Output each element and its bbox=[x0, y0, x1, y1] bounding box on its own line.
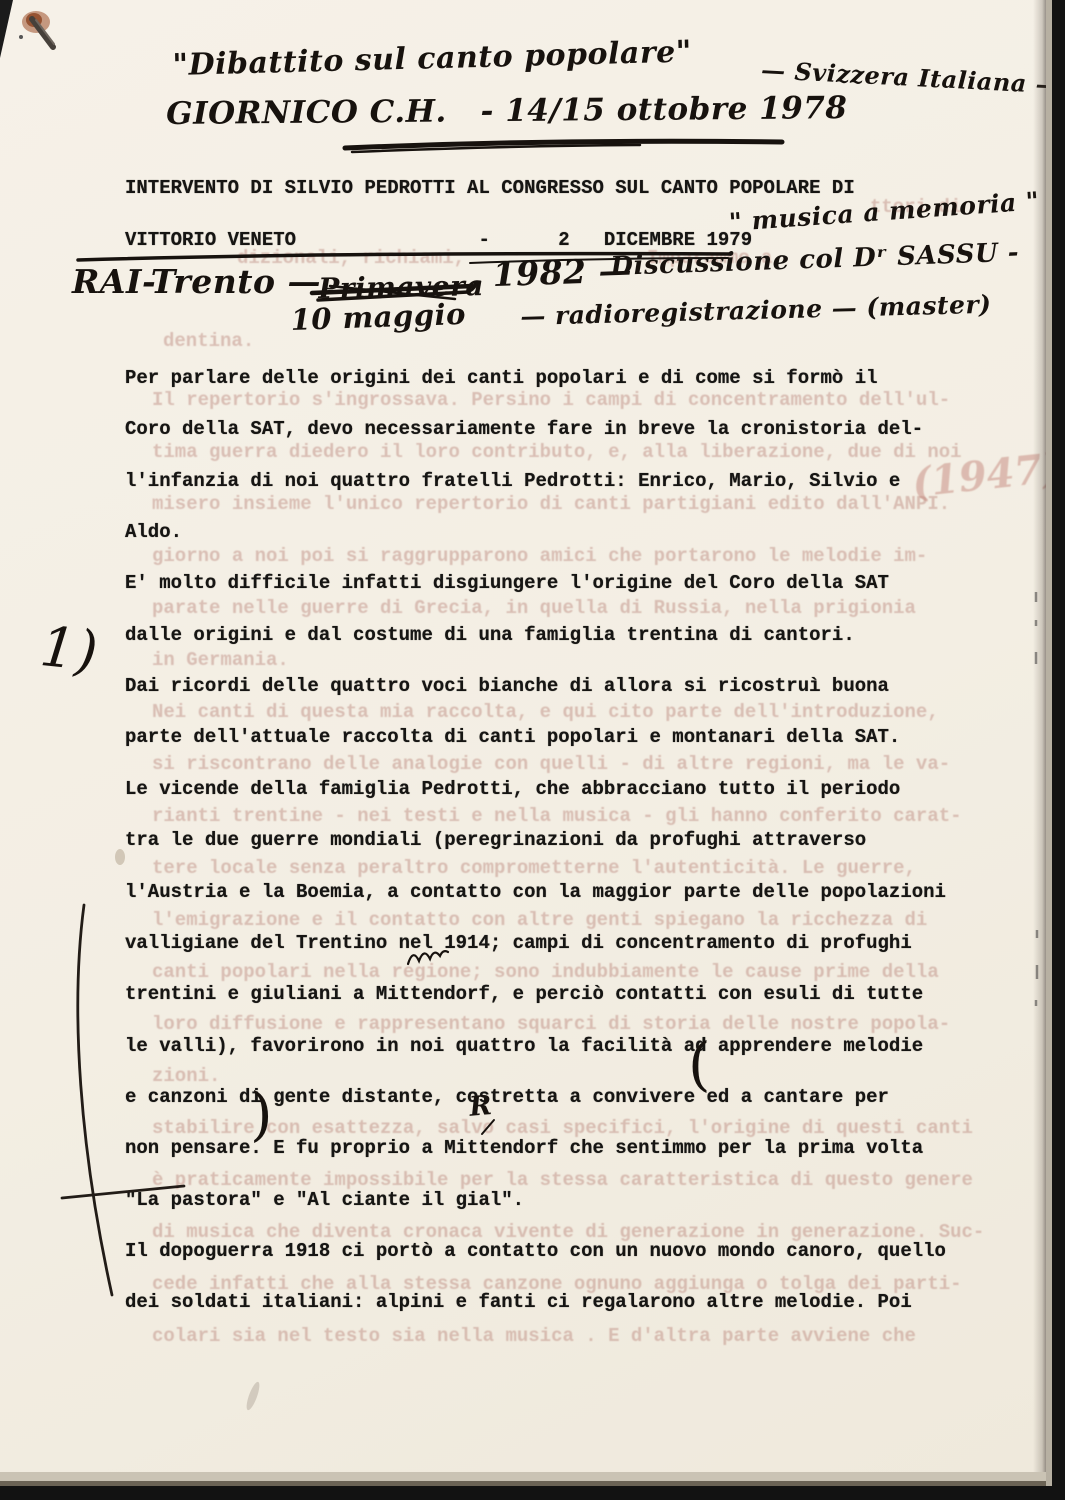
ghost-line: l'emigrazione e il contatto con altre ge… bbox=[152, 909, 927, 931]
typed-body-line: "La pastora" e "Al ciante il gial". bbox=[125, 1190, 524, 1211]
typed-body-line: E' molto difficile infatti disgiungere l… bbox=[125, 573, 889, 594]
ghost-line: dentina. bbox=[163, 330, 254, 352]
typed-body-line: l'Austria e la Boemia, a contatto con la… bbox=[125, 882, 946, 903]
typed-body-line: Le vicende della famiglia Pedrotti, che … bbox=[125, 779, 900, 800]
ghost-line: zioni. bbox=[152, 1065, 220, 1087]
typed-body-line: tra le due guerre mondiali (peregrinazio… bbox=[125, 830, 866, 851]
paper-sheet: ttori didizionali, richiami,Imparammo ad… bbox=[0, 0, 1046, 1472]
handwritten-place-date: GIORNICO C.H. - 14/15 ottobre 1978 bbox=[166, 90, 848, 132]
typed-body-line: non pensare. E fu proprio a Mittendorf c… bbox=[125, 1138, 923, 1159]
handwritten-year-1982: , 1982 — bbox=[468, 250, 633, 295]
ghost-line: stabilire con esattezza, salvo casi spec… bbox=[152, 1117, 973, 1139]
typed-body-line: parte dell'attuale raccolta di canti pop… bbox=[125, 727, 900, 748]
ghost-line: parate nelle guerre di Grecia, in quella… bbox=[152, 597, 916, 619]
ghost-line: Il repertorio s'ingrossava. Persino i ca… bbox=[152, 389, 950, 411]
handwritten-rai-trento: RAI-Trento — bbox=[72, 262, 321, 301]
ghost-line: canti popolari nella regione; sono indub… bbox=[152, 961, 939, 983]
typed-title-line1: INTERVENTO DI SILVIO PEDROTTI AL CONGRES… bbox=[125, 178, 855, 199]
ghost-line: tere locale senza peraltro compromettern… bbox=[152, 857, 916, 879]
typed-body-line: Il dopoguerra 1918 ci portò a contatto c… bbox=[125, 1241, 946, 1262]
typed-body-line: Dai ricordi delle quattro voci bianche d… bbox=[125, 676, 889, 697]
scanned-page: ttori didizionali, richiami,Imparammo ad… bbox=[0, 0, 1065, 1500]
typed-body-line: Coro della SAT, devo necessariamente far… bbox=[125, 419, 923, 440]
ghost-line: tima guerra diedero il loro contributo, … bbox=[152, 441, 962, 463]
handwritten-10-maggio: 10 maggio bbox=[290, 297, 466, 337]
typed-body-line: Per parlare delle origini dei canti popo… bbox=[125, 368, 878, 389]
typed-body-line: le valli), favorirono in noi quattro la … bbox=[125, 1036, 923, 1057]
staple-icon bbox=[19, 11, 54, 47]
typed-body-line: valligiane del Trentino nel 1914; campi … bbox=[125, 933, 912, 954]
handwritten-debate-title: "Dibattito sul canto popolare" bbox=[172, 34, 692, 83]
paper-right-edge-shadow bbox=[1033, 0, 1046, 1472]
typed-body-line: dei soldati italiani: alpini e fanti ci … bbox=[125, 1292, 912, 1313]
pencil-smudge bbox=[244, 1381, 262, 1412]
ghost-line: si riscontrano delle analogie con quelli… bbox=[152, 753, 950, 775]
handwritten-paren-close: ) bbox=[250, 1080, 273, 1148]
typed-body-line: dalle origini e dal costume di una famig… bbox=[125, 625, 855, 646]
under-sheet-shadow bbox=[0, 1481, 1052, 1486]
ghost-line: è praticamente impossibile per la stessa… bbox=[152, 1169, 973, 1191]
scan-corner-shadow bbox=[0, 0, 13, 58]
ghost-line: rianti trentine - nei testi e nella musi… bbox=[152, 805, 962, 827]
typed-body-line: l'infanzia di noi quattro fratelli Pedro… bbox=[125, 471, 900, 492]
ghost-line: colari sia nel testo sia nella musica . … bbox=[152, 1325, 916, 1347]
handwritten-insert-r: R bbox=[468, 1090, 494, 1123]
handwritten-paren-open: ( bbox=[688, 1030, 711, 1098]
ghost-line: loro diffusione e rappresentano squarci … bbox=[152, 1013, 950, 1035]
ghost-line: misero insieme l'unico repertorio di can… bbox=[152, 493, 950, 515]
hand-underline-date bbox=[345, 141, 782, 148]
typed-body-line: Aldo. bbox=[125, 522, 182, 543]
handwritten-radioregistrazione: — radioregistrazione — (master) bbox=[520, 290, 992, 331]
handwritten-margin-number: 1) bbox=[37, 614, 101, 684]
paper-edge-strip bbox=[1046, 0, 1052, 1486]
typed-body-line: trentini e giuliani a Mittendorf, e perc… bbox=[125, 984, 923, 1005]
ghost-line: in Germania. bbox=[152, 649, 289, 671]
under-sheet-edge bbox=[0, 1472, 1052, 1481]
typed-body-line: e canzoni di gente distante, costretta a… bbox=[125, 1087, 889, 1108]
ghost-line: Nei canti di questa mia raccolta, e qui … bbox=[152, 701, 939, 723]
ghost-line: giorno a noi poi si raggrupparono amici … bbox=[152, 545, 927, 567]
typed-title-line2: VITTORIO VENETO - 2 DICEMBRE 1979 bbox=[125, 230, 752, 251]
paper-stain bbox=[115, 849, 125, 865]
